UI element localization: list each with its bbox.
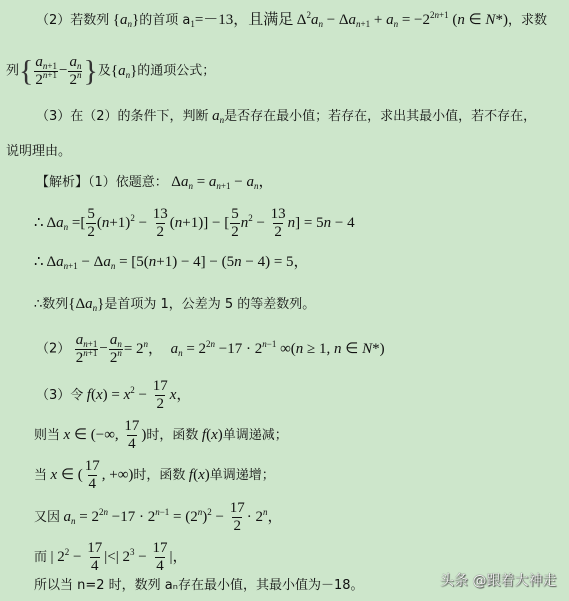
- text: 单调递减；: [223, 428, 288, 443]
- text: 及: [98, 64, 111, 79]
- part-label: （3）令: [36, 388, 83, 403]
- formula: = 2n， an = 22n −17 · 2n−1 ∞(n ≥ 1, n ∈ N…: [124, 341, 385, 357]
- solution-step2: ∴ Δan+1 − Δan = [5(n+1) − 4] − (5n − 4) …: [34, 252, 309, 273]
- solution-header-line: 【解析】（1）依题意： Δan = an+1 − an，: [36, 172, 273, 193]
- text: 时，函数: [146, 428, 198, 443]
- formula: f(x) = x2 − 172x，: [87, 387, 192, 403]
- text: 若数列: [70, 13, 109, 28]
- solution-header: 【解析】: [36, 175, 88, 190]
- text: 当: [34, 468, 47, 483]
- right-brace: }: [83, 55, 97, 88]
- text: 是首项为 1，公差为 5 的等差数列。: [104, 297, 315, 312]
- left-brace: {: [19, 55, 33, 88]
- solution-step1: ∴ Δan =[52(n+1)2 − 132(n+1)] − [52n2 − 1…: [34, 206, 355, 241]
- text: 单调递增；: [210, 468, 275, 483]
- problem-part3-line2: 说明理由。: [6, 142, 71, 162]
- sequence-symbol: {Δan}: [68, 296, 104, 312]
- formula: ∴ Δan =[52(n+1)2 − 132(n+1)] − [52n2 − 1…: [34, 215, 355, 231]
- problem-part2-line1: （2）若数列 {an}的首项 a1=－13，且满足 Δ2an − Δan+1 +…: [36, 10, 547, 31]
- sequence-symbol: {an}: [113, 12, 139, 28]
- text: 的通项公式；: [137, 64, 215, 79]
- text: ，求数: [508, 13, 547, 28]
- solution-s1-conclusion: ∴数列{Δan}是首项为 1，公差为 5 的等差数列。: [34, 294, 315, 315]
- part-label: （1）依题意：: [88, 175, 168, 190]
- interval: x ∈ (−∞, 174): [64, 427, 147, 443]
- problem-part3-line1: （3）在（2）的条件下，判断 an是否存在最小值；若存在，求出其最小值，若不存在…: [36, 106, 536, 127]
- problem-part2-line2: 列{an+12n+1−an2n}及{an}的通项公式；: [6, 54, 215, 89]
- text: 又因: [34, 510, 60, 525]
- text: 时，函数: [133, 468, 185, 483]
- text: 而: [34, 550, 47, 565]
- text: 的首项 a: [139, 13, 190, 28]
- delta-definition: Δan = an+1 − an，: [171, 174, 273, 190]
- part-label: （2）: [36, 13, 70, 28]
- formula: | 22 − 174|<| 23 − 174|，: [51, 549, 188, 565]
- part-label: （3）: [36, 109, 70, 124]
- solution-s3-because: 又因 an = 22n −17 · 2n−1 = (2n)2 − 172· 2n…: [34, 500, 282, 535]
- solution-s2: （2） an+12n+1−an2n= 2n， an = 22n −17 · 2n…: [36, 332, 385, 367]
- formula: an = 22n −17 · 2n−1 = (2n)2 − 172· 2n，: [64, 509, 283, 525]
- solution-final: 所以当 n=2 时，数列 aₙ存在最小值，其最小值为－18。: [34, 576, 364, 596]
- solution-document: （2）若数列 {an}的首项 a1=－13，且满足 Δ2an − Δan+1 +…: [0, 0, 569, 601]
- solution-s3-decreasing: 则当 x ∈ (−∞, 174)时，函数 f(x)单调递减；: [34, 418, 288, 453]
- interval: x ∈ (174, +∞): [51, 467, 134, 483]
- solution-s3-increasing: 当 x ∈ (174, +∞)时，函数 f(x)单调递增；: [34, 458, 275, 493]
- watermark: 头条 @跟着大神走: [440, 570, 556, 590]
- text: ∴数列: [34, 297, 68, 312]
- fraction: an2n: [68, 54, 82, 89]
- final-answer: 所以当 n=2 时，数列 aₙ存在最小值，其最小值为－18。: [34, 578, 364, 593]
- text: =－13，且满足: [195, 12, 293, 28]
- an-symbol: an: [212, 108, 224, 124]
- text: 则当: [34, 428, 60, 443]
- text: 列: [6, 64, 19, 79]
- formula: ∴ Δan+1 − Δan = [5(n+1) − 4] − (5n − 4) …: [34, 254, 309, 270]
- fraction: an+12n+1: [34, 54, 58, 89]
- solution-s3-fx: （3）令 f(x) = x2 − 172x，: [36, 378, 191, 413]
- solution-s3-compare: 而 | 22 − 174|<| 23 − 174|，: [34, 540, 187, 575]
- condition-formula: Δ2an − Δan+1 + an = −22n+1 (n ∈ N*): [297, 12, 508, 28]
- text: 在（2）的条件下，判断: [70, 109, 208, 124]
- part-label: （2）: [36, 342, 70, 357]
- sequence-symbol: {an}: [111, 63, 137, 79]
- text: 说明理由。: [6, 144, 71, 159]
- text: 是否存在最小值；若存在，求出其最小值，若不存在，: [224, 109, 536, 124]
